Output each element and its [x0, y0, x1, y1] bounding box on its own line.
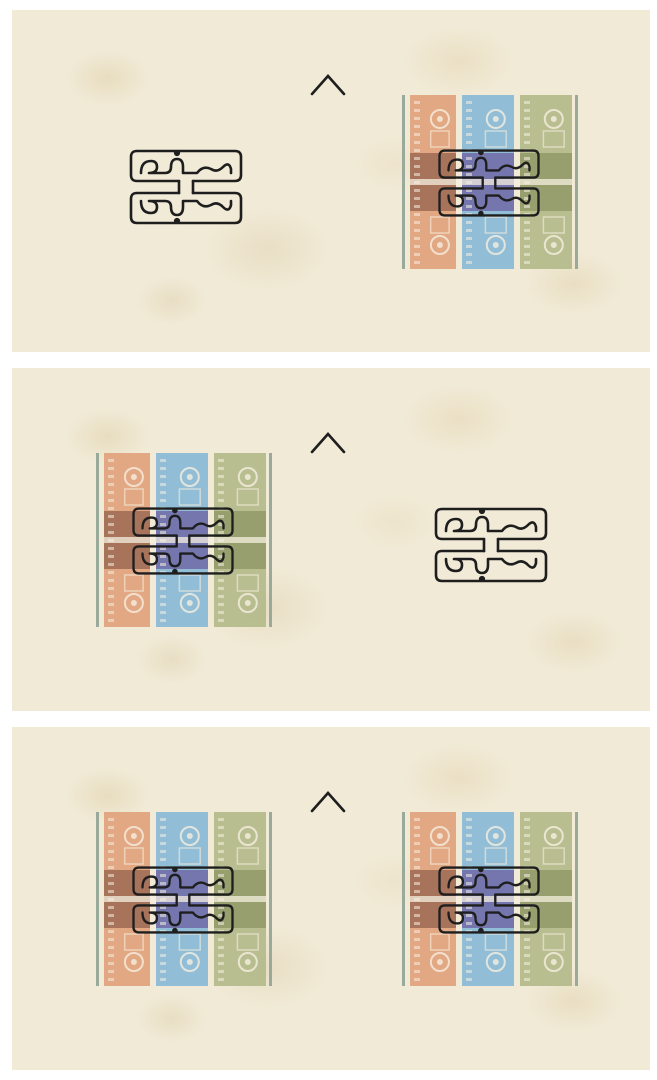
- patterned-tile[interactable]: [96, 453, 272, 627]
- glyph-symbol-icon: [430, 864, 548, 936]
- and-operator-icon: [308, 428, 348, 456]
- patterned-tile[interactable]: [96, 812, 272, 986]
- puzzle-panel-1: [12, 10, 650, 352]
- and-operator-icon: [308, 70, 348, 98]
- puzzle-panel-3: [12, 727, 650, 1070]
- patterned-tile[interactable]: [402, 812, 578, 986]
- glyph-symbol-icon: [124, 864, 242, 936]
- glyph-symbol-icon: [124, 505, 242, 577]
- and-operator-icon: [308, 787, 348, 815]
- glyph-symbol-icon: [430, 147, 548, 219]
- puzzle-panel-2: [12, 368, 650, 711]
- patterned-tile[interactable]: [402, 95, 578, 269]
- glyph-symbol-icon[interactable]: [432, 505, 550, 585]
- glyph-symbol-icon[interactable]: [127, 147, 245, 227]
